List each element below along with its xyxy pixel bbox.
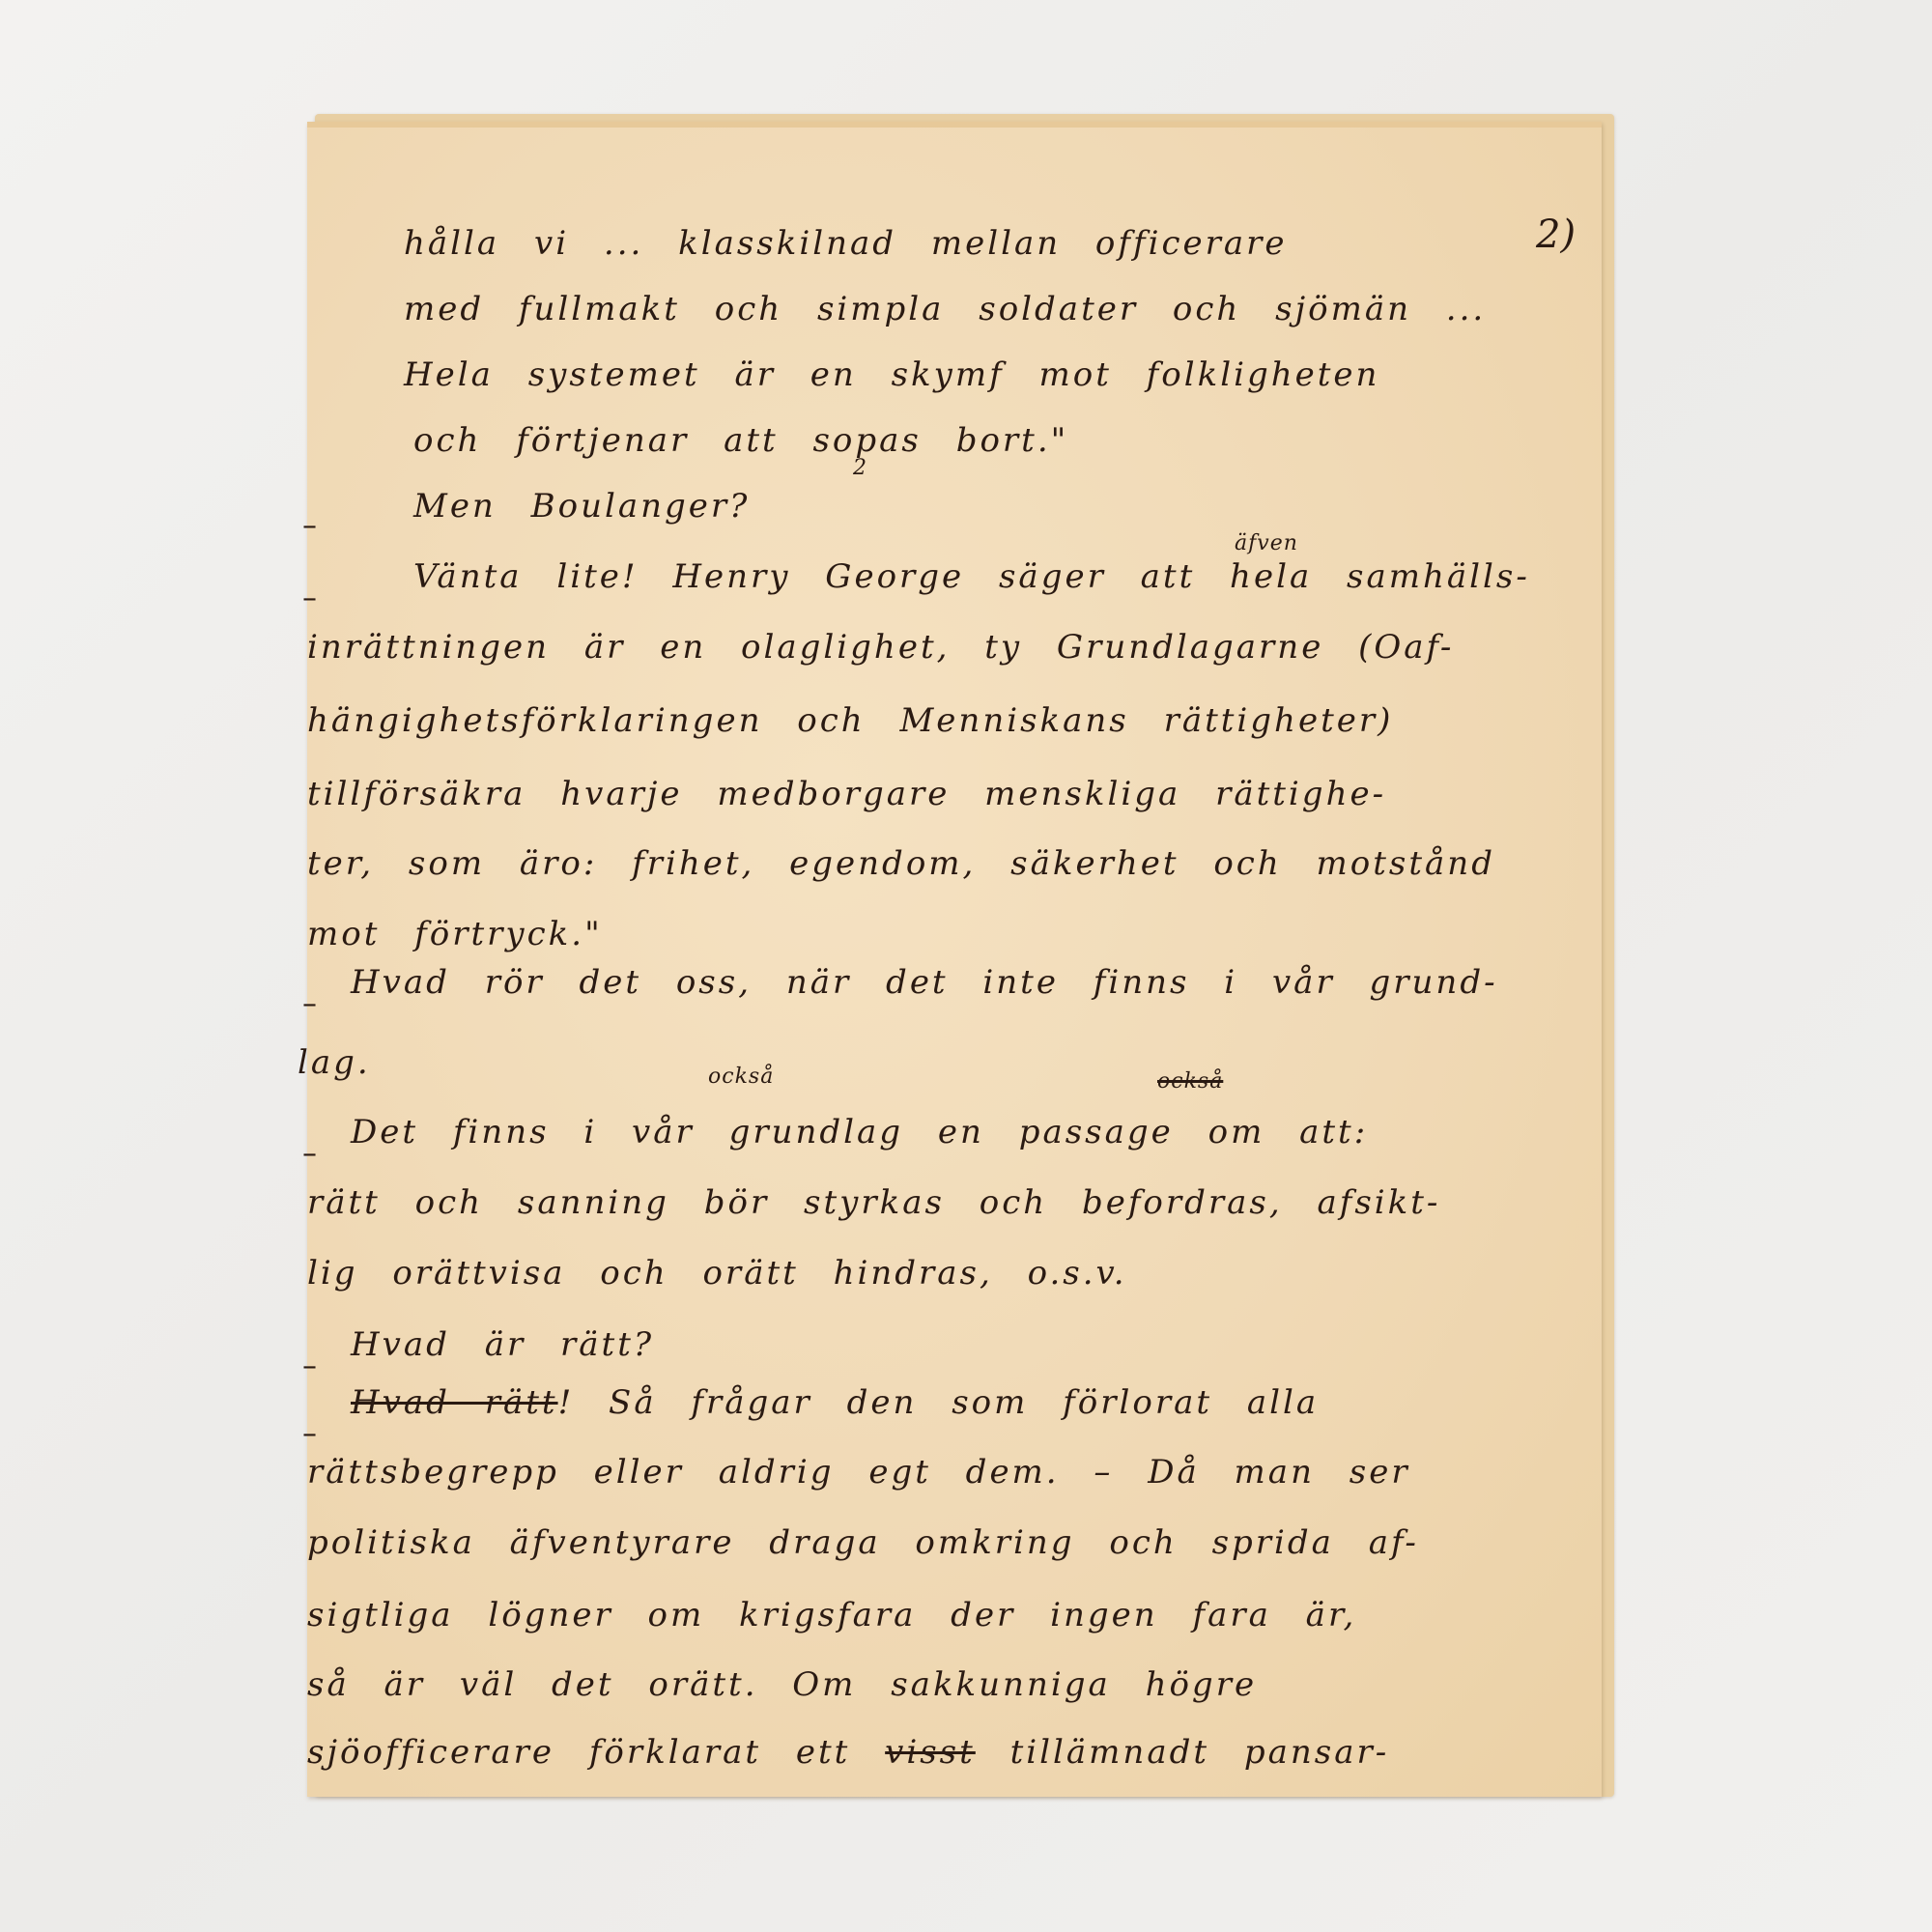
text-line: rättsbegrepp eller aldrig egt dem. – Då … bbox=[307, 1453, 1410, 1492]
line-text: Så frågar den som förlorat alla bbox=[609, 1383, 1319, 1422]
text-line: lig orättvisa och orätt hindras, o.s.v. bbox=[307, 1254, 1127, 1293]
dialogue-dash: – bbox=[302, 1350, 317, 1383]
text-line: hålla vi ... klasskilnad mellan officera… bbox=[404, 224, 1288, 263]
struck-word: Hvad rätt bbox=[351, 1383, 558, 1422]
text-line: Hvad rätt! Så frågar den som förlorat al… bbox=[351, 1383, 1319, 1422]
text-line: Hela systemet är en skymf mot folklighet… bbox=[404, 355, 1379, 394]
text-line: rätt och sanning bör styrkas och befordr… bbox=[307, 1183, 1440, 1222]
dialogue-dash: – bbox=[302, 582, 317, 615]
text-line: sjöofficerare förklarat ett visst tilläm… bbox=[307, 1733, 1389, 1772]
dialogue-dash: – bbox=[302, 1417, 317, 1451]
struck-word: visst bbox=[885, 1733, 976, 1772]
page-number: 2) bbox=[1536, 213, 1576, 257]
text-line: och förtjenar att sopas bort." bbox=[413, 421, 1068, 460]
text-line: hängighetsförklaringen och Menniskans rä… bbox=[307, 701, 1393, 740]
line-text: sjöofficerare förklarat ett bbox=[307, 1733, 850, 1772]
text-line: inrättningen är en olaglighet, ty Grundl… bbox=[307, 628, 1454, 667]
text-line: tillförsäkra hvarje medborgare menskliga… bbox=[307, 775, 1386, 813]
text-line: sigtliga lögner om krigsfara der ingen f… bbox=[307, 1596, 1356, 1634]
text-line: ter, som äro: frihet, egendom, säkerhet … bbox=[307, 844, 1495, 883]
dialogue-dash: – bbox=[302, 509, 317, 543]
text-line: Hvad rör det oss, när det inte finns i v… bbox=[351, 963, 1498, 1002]
text-line: Men Boulanger? bbox=[413, 487, 750, 526]
footnote-mark: 2 bbox=[853, 456, 867, 480]
insertion-afven: äfven bbox=[1235, 531, 1298, 555]
text-line: Det finns i vår grundlag en passage om a… bbox=[351, 1113, 1368, 1151]
line-text: tillämnadt pansar- bbox=[1010, 1733, 1390, 1772]
text-line: med fullmakt och simpla soldater och sjö… bbox=[404, 290, 1486, 328]
text-line: Vänta lite! Henry George säger att hela … bbox=[413, 557, 1530, 596]
text-line: så är väl det orätt. Om sakkunniga högre bbox=[307, 1665, 1257, 1704]
text-line: politiska äfventyrare draga omkring och … bbox=[307, 1523, 1419, 1562]
text-line: lag. bbox=[298, 1043, 371, 1082]
dialogue-dash: – bbox=[302, 1137, 317, 1171]
text-line: mot förtryck." bbox=[307, 915, 603, 953]
manuscript-page: 2) hålla vi ... klasskilnad mellan offic… bbox=[307, 122, 1602, 1797]
insertion-ocksa: också bbox=[708, 1065, 774, 1089]
text-line: Hvad är rätt? bbox=[351, 1325, 654, 1364]
struck-insertion: också bbox=[1157, 1069, 1223, 1094]
dialogue-dash: – bbox=[302, 987, 317, 1021]
